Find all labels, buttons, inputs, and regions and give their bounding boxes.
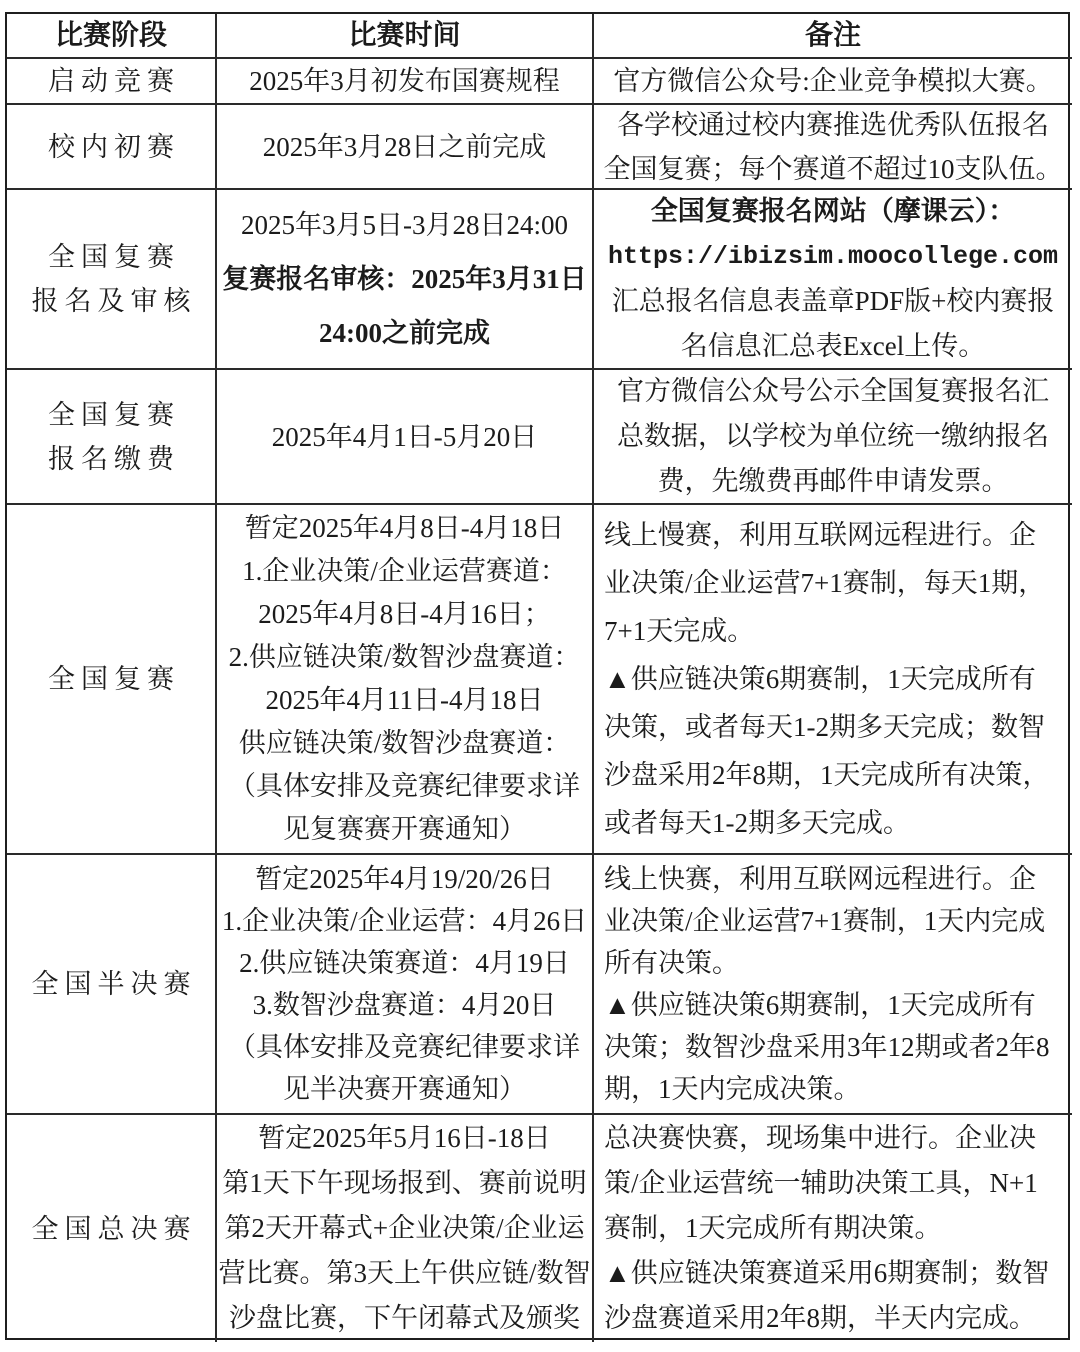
registration-review-time-cell-line: 24:00之前完成 (319, 306, 490, 360)
national-final-stage-cell-line: 全国总决赛 (26, 1207, 197, 1251)
national-rematch-remarks-cell: 线上慢赛，利用互联网远程进行。企业决策/企业运营7+1赛制，每天1期，7+1天完… (594, 505, 1072, 855)
campus-preliminary-remarks-cell-line: 全国复赛；每个赛道不超过10支队伍。 (604, 147, 1063, 191)
registration-review-time-cell: 2025年3月5日-3月28日24:00复赛报名审核：2025年3月31日24:… (217, 190, 594, 370)
national-final-time-cell-line: 营比赛。第3天上午供应链/数智 (218, 1251, 590, 1296)
document-page: 比赛阶段 比赛时间 备注 启动竞赛 2025年3月初发布国赛规程 官方微信公众号… (0, 0, 1080, 1352)
national-final-remarks-cell-line: ▲供应链决策赛道采用6期赛制；数智 (604, 1251, 1049, 1296)
national-rematch-remarks-cell-line: 7+1天完成。 (604, 607, 754, 655)
national-rematch-time-cell-line: 2025年4月11日-4月18日 (266, 679, 544, 722)
national-rematch-stage-cell-line: 全国复赛 (42, 657, 180, 701)
national-rematch-time-cell-line: 见复赛赛开赛通知） (283, 808, 526, 851)
header-remarks: 备注 (594, 14, 1072, 59)
national-rematch-remarks-cell-line: 沙盘采用2年8期，1天完成所有决策， (604, 751, 1050, 799)
national-rematch-remarks-cell-line: ▲供应链决策6期赛制，1天完成所有 (604, 655, 1036, 703)
national-semifinal-remarks-cell-line: 线上快赛，利用互联网远程进行。企 (604, 858, 1036, 900)
campus-preliminary-stage-cell-line: 校内初赛 (42, 125, 180, 169)
national-semifinal-time-cell: 暂定2025年4月19/20/26日1.企业决策/企业运营：4月26日2.供应链… (217, 855, 594, 1115)
national-final-remarks-cell-line: 总决赛快赛，现场集中进行。企业决 (604, 1116, 1036, 1161)
registration-review-remarks-cell: 全国复赛报名网站（摩课云）：https://ibizsim.moocollege… (594, 190, 1072, 370)
national-semifinal-remarks-cell-line: ▲供应链决策6期赛制，1天完成所有 (604, 984, 1036, 1026)
registration-review-remarks-cell-line: 全国复赛报名网站（摩课云）： (651, 190, 1016, 234)
national-rematch-time-cell-line: 暂定2025年4月8日-4月18日 (245, 507, 565, 550)
national-final-time-cell-line: 第2天开幕式+企业决策/企业运 (224, 1206, 584, 1251)
national-rematch-time-cell-line: 2.供应链决策/数智沙盘赛道： (229, 636, 581, 679)
national-rematch-time-cell-line: 2025年4月8日-4月16日； (258, 593, 551, 636)
registration-review-stage-cell-line: 全国复赛 (42, 235, 180, 279)
national-semifinal-stage-cell-line: 全国半决赛 (26, 962, 197, 1006)
national-rematch-remarks-cell-line: 或者每天1-2期多天完成。 (604, 799, 910, 847)
national-semifinal-remarks-cell-line: 业决策/企业运营7+1赛制，1天内完成 (604, 900, 1045, 942)
national-semifinal-remarks-cell-line: 期，1天内完成决策。 (604, 1068, 861, 1110)
campus-preliminary-remarks-cell-line: 各学校通过校内赛推选优秀队伍报名 (617, 105, 1049, 147)
registration-payment-stage-cell-line: 全国复赛 (42, 393, 180, 437)
registration-payment-time-cell-line: 2025年4月1日-5月20日 (272, 415, 538, 459)
national-rematch-time-cell-line: 1.企业决策/企业运营赛道： (242, 550, 567, 593)
national-final-remarks-cell-line: 赛制，1天完成所有期决策。 (604, 1206, 942, 1251)
national-semifinal-remarks-cell-line: 所有决策。 (604, 942, 739, 984)
national-semifinal-stage-cell: 全国半决赛 (7, 855, 217, 1115)
registration-payment-remarks-cell: 官方微信公众号公示全国复赛报名汇总数据，以学校为单位统一缴纳报名费，先缴费再邮件… (594, 370, 1072, 505)
campus-preliminary-remarks-cell: 各学校通过校内赛推选优秀队伍报名全国复赛；每个赛道不超过10支队伍。 (594, 105, 1072, 190)
national-rematch-time-cell: 暂定2025年4月8日-4月18日1.企业决策/企业运营赛道：2025年4月8日… (217, 505, 594, 855)
registration-payment-time-cell: 2025年4月1日-5月20日 (217, 370, 594, 505)
registration-payment-stage-cell-line: 报名缴费 (42, 437, 180, 481)
national-rematch-remarks-cell-line: 线上慢赛，利用互联网远程进行。企 (604, 511, 1036, 559)
national-semifinal-time-cell-line: 3.数智沙盘赛道：4月20日 (253, 984, 557, 1026)
registration-review-stage-cell-line: 报名及审核 (26, 279, 197, 323)
national-final-time-cell: 暂定2025年5月16日-18日第1天下午现场报到、赛前说明第2天开幕式+企业决… (217, 1115, 594, 1342)
registration-review-stage-cell: 全国复赛报名及审核 (7, 190, 217, 370)
national-rematch-remarks-cell-line: 业决策/企业运营7+1赛制，每天1期， (604, 559, 1045, 607)
national-semifinal-time-cell-line: 1.企业决策/企业运营：4月26日 (222, 900, 587, 942)
national-rematch-remarks-cell-line: 决策，或者每天1-2期多天完成；数智 (604, 703, 1045, 751)
national-semifinal-remarks-cell-line: 决策；数智沙盘采用3年12期或者2年8 (604, 1026, 1050, 1068)
national-final-time-cell-line: 第1天下午现场报到、赛前说明 (222, 1161, 587, 1206)
national-semifinal-time-cell-line: 见半决赛开赛通知） (283, 1068, 526, 1110)
registration-review-remarks-cell-line: 汇总报名信息表盖章PDF版+校内赛报 (612, 279, 1055, 324)
national-final-remarks-cell: 总决赛快赛，现场集中进行。企业决策/企业运营统一辅助决策工具，N+1赛制，1天完… (594, 1115, 1072, 1342)
registration-payment-stage-cell: 全国复赛报名缴费 (7, 370, 217, 505)
header-time: 比赛时间 (217, 14, 594, 59)
launch-stage-cell: 启动竞赛 (7, 59, 217, 105)
registration-payment-remarks-cell-line: 官方微信公众号公示全国复赛报名汇 (617, 370, 1049, 414)
national-final-remarks-cell-line: 沙盘赛道采用2年8期，半天内完成。 (604, 1296, 1036, 1341)
registration-review-time-cell-line: 复赛报名审核：2025年3月31日 (222, 252, 587, 306)
competition-schedule-table: 比赛阶段 比赛时间 备注 启动竞赛 2025年3月初发布国赛规程 官方微信公众号… (5, 12, 1070, 1340)
national-semifinal-remarks-cell: 线上快赛，利用互联网远程进行。企业决策/企业运营7+1赛制，1天内完成所有决策。… (594, 855, 1072, 1115)
national-semifinal-time-cell-line: 2.供应链决策赛道：4月19日 (239, 942, 570, 984)
header-stage: 比赛阶段 (7, 14, 217, 59)
registration-review-time-cell-line: 2025年3月5日-3月28日24:00 (241, 198, 568, 252)
registration-review-remarks-cell-line: 名信息汇总表Excel上传。 (681, 324, 985, 369)
national-final-stage-cell: 全国总决赛 (7, 1115, 217, 1342)
registration-payment-remarks-cell-line: 总数据，以学校为单位统一缴纳报名 (617, 414, 1049, 459)
campus-preliminary-time-cell: 2025年3月28日之前完成 (217, 105, 594, 190)
launch-time-cell-line: 2025年3月初发布国赛规程 (249, 59, 560, 103)
national-rematch-stage-cell: 全国复赛 (7, 505, 217, 855)
launch-remarks-cell: 官方微信公众号:企业竞争模拟大赛。 (594, 59, 1072, 105)
national-final-remarks-cell-line: 策/企业运营统一辅助决策工具，N+1 (604, 1161, 1038, 1206)
campus-preliminary-stage-cell: 校内初赛 (7, 105, 217, 190)
campus-preliminary-time-cell-line: 2025年3月28日之前完成 (263, 125, 547, 169)
launch-time-cell: 2025年3月初发布国赛规程 (217, 59, 594, 105)
registration-website-link[interactable]: https://ibizsim.moocollege.com (608, 234, 1058, 279)
national-semifinal-time-cell-line: 暂定2025年4月19/20/26日 (255, 858, 554, 900)
launch-remarks-cell-line: 官方微信公众号:企业竞争模拟大赛。 (613, 59, 1053, 103)
registration-payment-remarks-cell-line: 费，先缴费再邮件申请发票。 (658, 459, 1009, 504)
national-rematch-time-cell-line: 供应链决策/数智沙盘赛道： (239, 722, 571, 765)
national-rematch-time-cell-line: （具体安排及竞赛纪律要求详 (229, 765, 580, 808)
national-final-time-cell-line: 沙盘比赛，下午闭幕式及颁奖 (229, 1296, 580, 1341)
launch-stage-cell-line: 启动竞赛 (42, 59, 180, 103)
national-semifinal-time-cell-line: （具体安排及竞赛纪律要求详 (229, 1026, 580, 1068)
national-final-time-cell-line: 暂定2025年5月16日-18日 (258, 1116, 551, 1161)
